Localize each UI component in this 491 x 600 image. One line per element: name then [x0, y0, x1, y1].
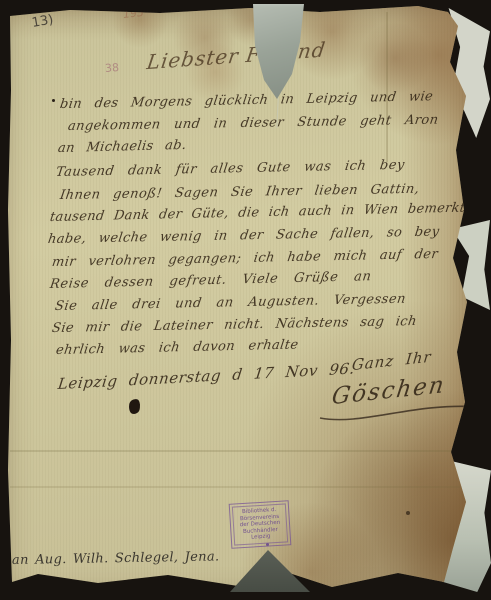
body-line: angekommen und in dieser Stunde geht Aro… [67, 113, 439, 135]
ink-speck [52, 99, 55, 102]
archive-corner-number: 13) [31, 12, 55, 31]
address-note: an Aug. Wilh. Schlegel, Jena. [12, 549, 220, 568]
body-line: Sie mir die Lateiner nicht. Nächstens sa… [51, 314, 418, 336]
body-line: mir verlohren gegangen; ich habe mich au… [51, 247, 439, 270]
salutation: Liebster Freund [145, 37, 327, 74]
body-line: Tausend dank für alles Gute was ich bey [55, 158, 406, 180]
body-line: ehrlich was ich davon erhalte [55, 337, 299, 358]
body-line: an Michaelis ab. [57, 138, 188, 156]
library-stamp: Bibliothek d. Börsenvereins der Deutsche… [229, 500, 292, 548]
fold-crease-vertical [386, 12, 388, 162]
red-archive-number: 38 [105, 61, 120, 75]
ink-speck [406, 511, 410, 515]
body-line: Reise dessen gefreut. Viele Grüße an [49, 269, 372, 292]
date-line: Leipzig donnerstag d 17 Nov 96. [57, 359, 356, 393]
photo-background: 13) 193 38 Liebster Freund bin des Morge… [0, 0, 491, 600]
ink-blot [128, 398, 141, 414]
signature-flourish [318, 398, 486, 426]
fold-crease-horizontal-2 [10, 486, 480, 488]
body-line: tausend Dank der Güte, die ich auch in W… [49, 201, 466, 225]
library-stamp-text: Bibliothek d. Börsenvereins der Deutsche… [232, 503, 288, 545]
body-line: bin des Morgens glücklich in Leipzig und… [59, 89, 434, 112]
body-line: Sie alle drei und an Augusten. Vergessen [54, 292, 407, 314]
closing: Ganz Ihr [351, 347, 433, 374]
faint-page-number: 193 [122, 6, 144, 21]
letter-paper: 13) 193 38 Liebster Freund bin des Morge… [0, 0, 491, 600]
body-line: Ihnen genoß! Sagen Sie Ihrer lieben Gatt… [59, 182, 420, 203]
red-edge-mark [416, 0, 434, 5]
fold-crease-horizontal-1 [10, 450, 480, 452]
body-line: habe, welche wenig in der Sache fallen, … [47, 224, 440, 247]
